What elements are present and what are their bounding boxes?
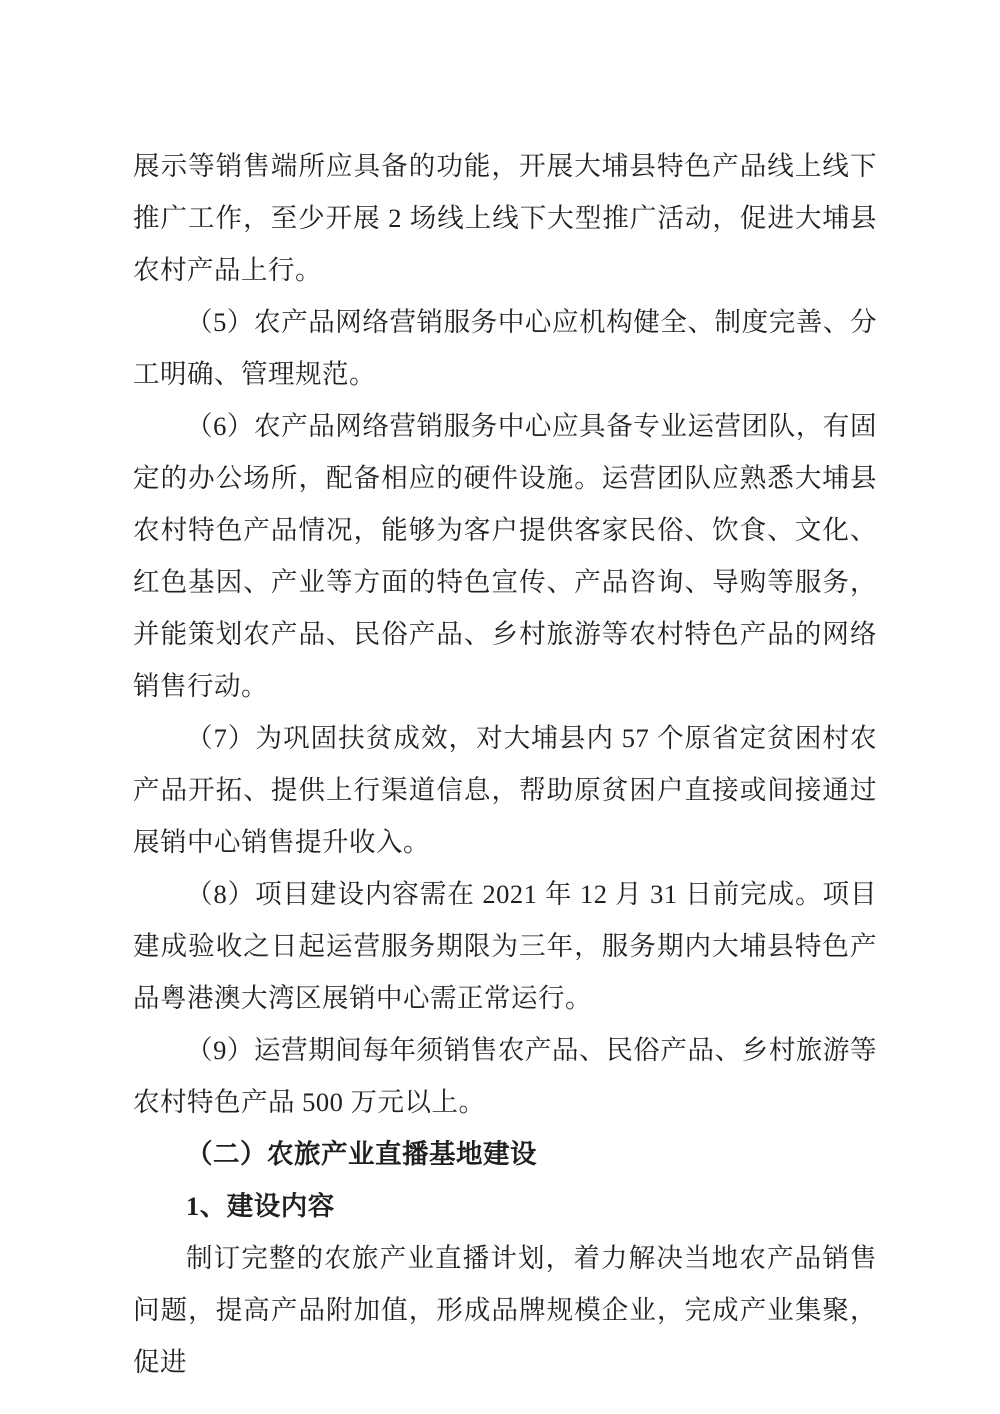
document-body: 展示等销售端所应具备的功能，开展大埔县特色产品线上线下推广工作，至少开展 2 场… bbox=[133, 140, 877, 1388]
subsection-heading: 1、建设内容 bbox=[133, 1180, 877, 1232]
paragraph-item-9: （9）运营期间每年须销售农产品、民俗产品、乡村旅游等农村特色产品 500 万元以… bbox=[133, 1024, 877, 1128]
section-heading: （二）农旅产业直播基地建设 bbox=[133, 1128, 877, 1180]
paragraph-item-8: （8）项目建设内容需在 2021 年 12 月 31 日前完成。项目建成验收之日… bbox=[133, 868, 877, 1024]
page-number: 5 bbox=[133, 1246, 877, 1266]
paragraph-continuation: 展示等销售端所应具备的功能，开展大埔县特色产品线上线下推广工作，至少开展 2 场… bbox=[133, 140, 877, 296]
paragraph-item-7: （7）为巩固扶贫成效，对大埔县内 57 个原省定贫困村农产品开拓、提供上行渠道信… bbox=[133, 712, 877, 868]
document-page: 展示等销售端所应具备的功能，开展大埔县特色产品线上线下推广工作，至少开展 2 场… bbox=[0, 0, 1000, 1414]
paragraph-item-6: （6）农产品网络营销服务中心应具备专业运营团队，有固定的办公场所，配备相应的硬件… bbox=[133, 400, 877, 712]
paragraph-item-5: （5）农产品网络营销服务中心应机构健全、制度完善、分工明确、管理规范。 bbox=[133, 296, 877, 400]
